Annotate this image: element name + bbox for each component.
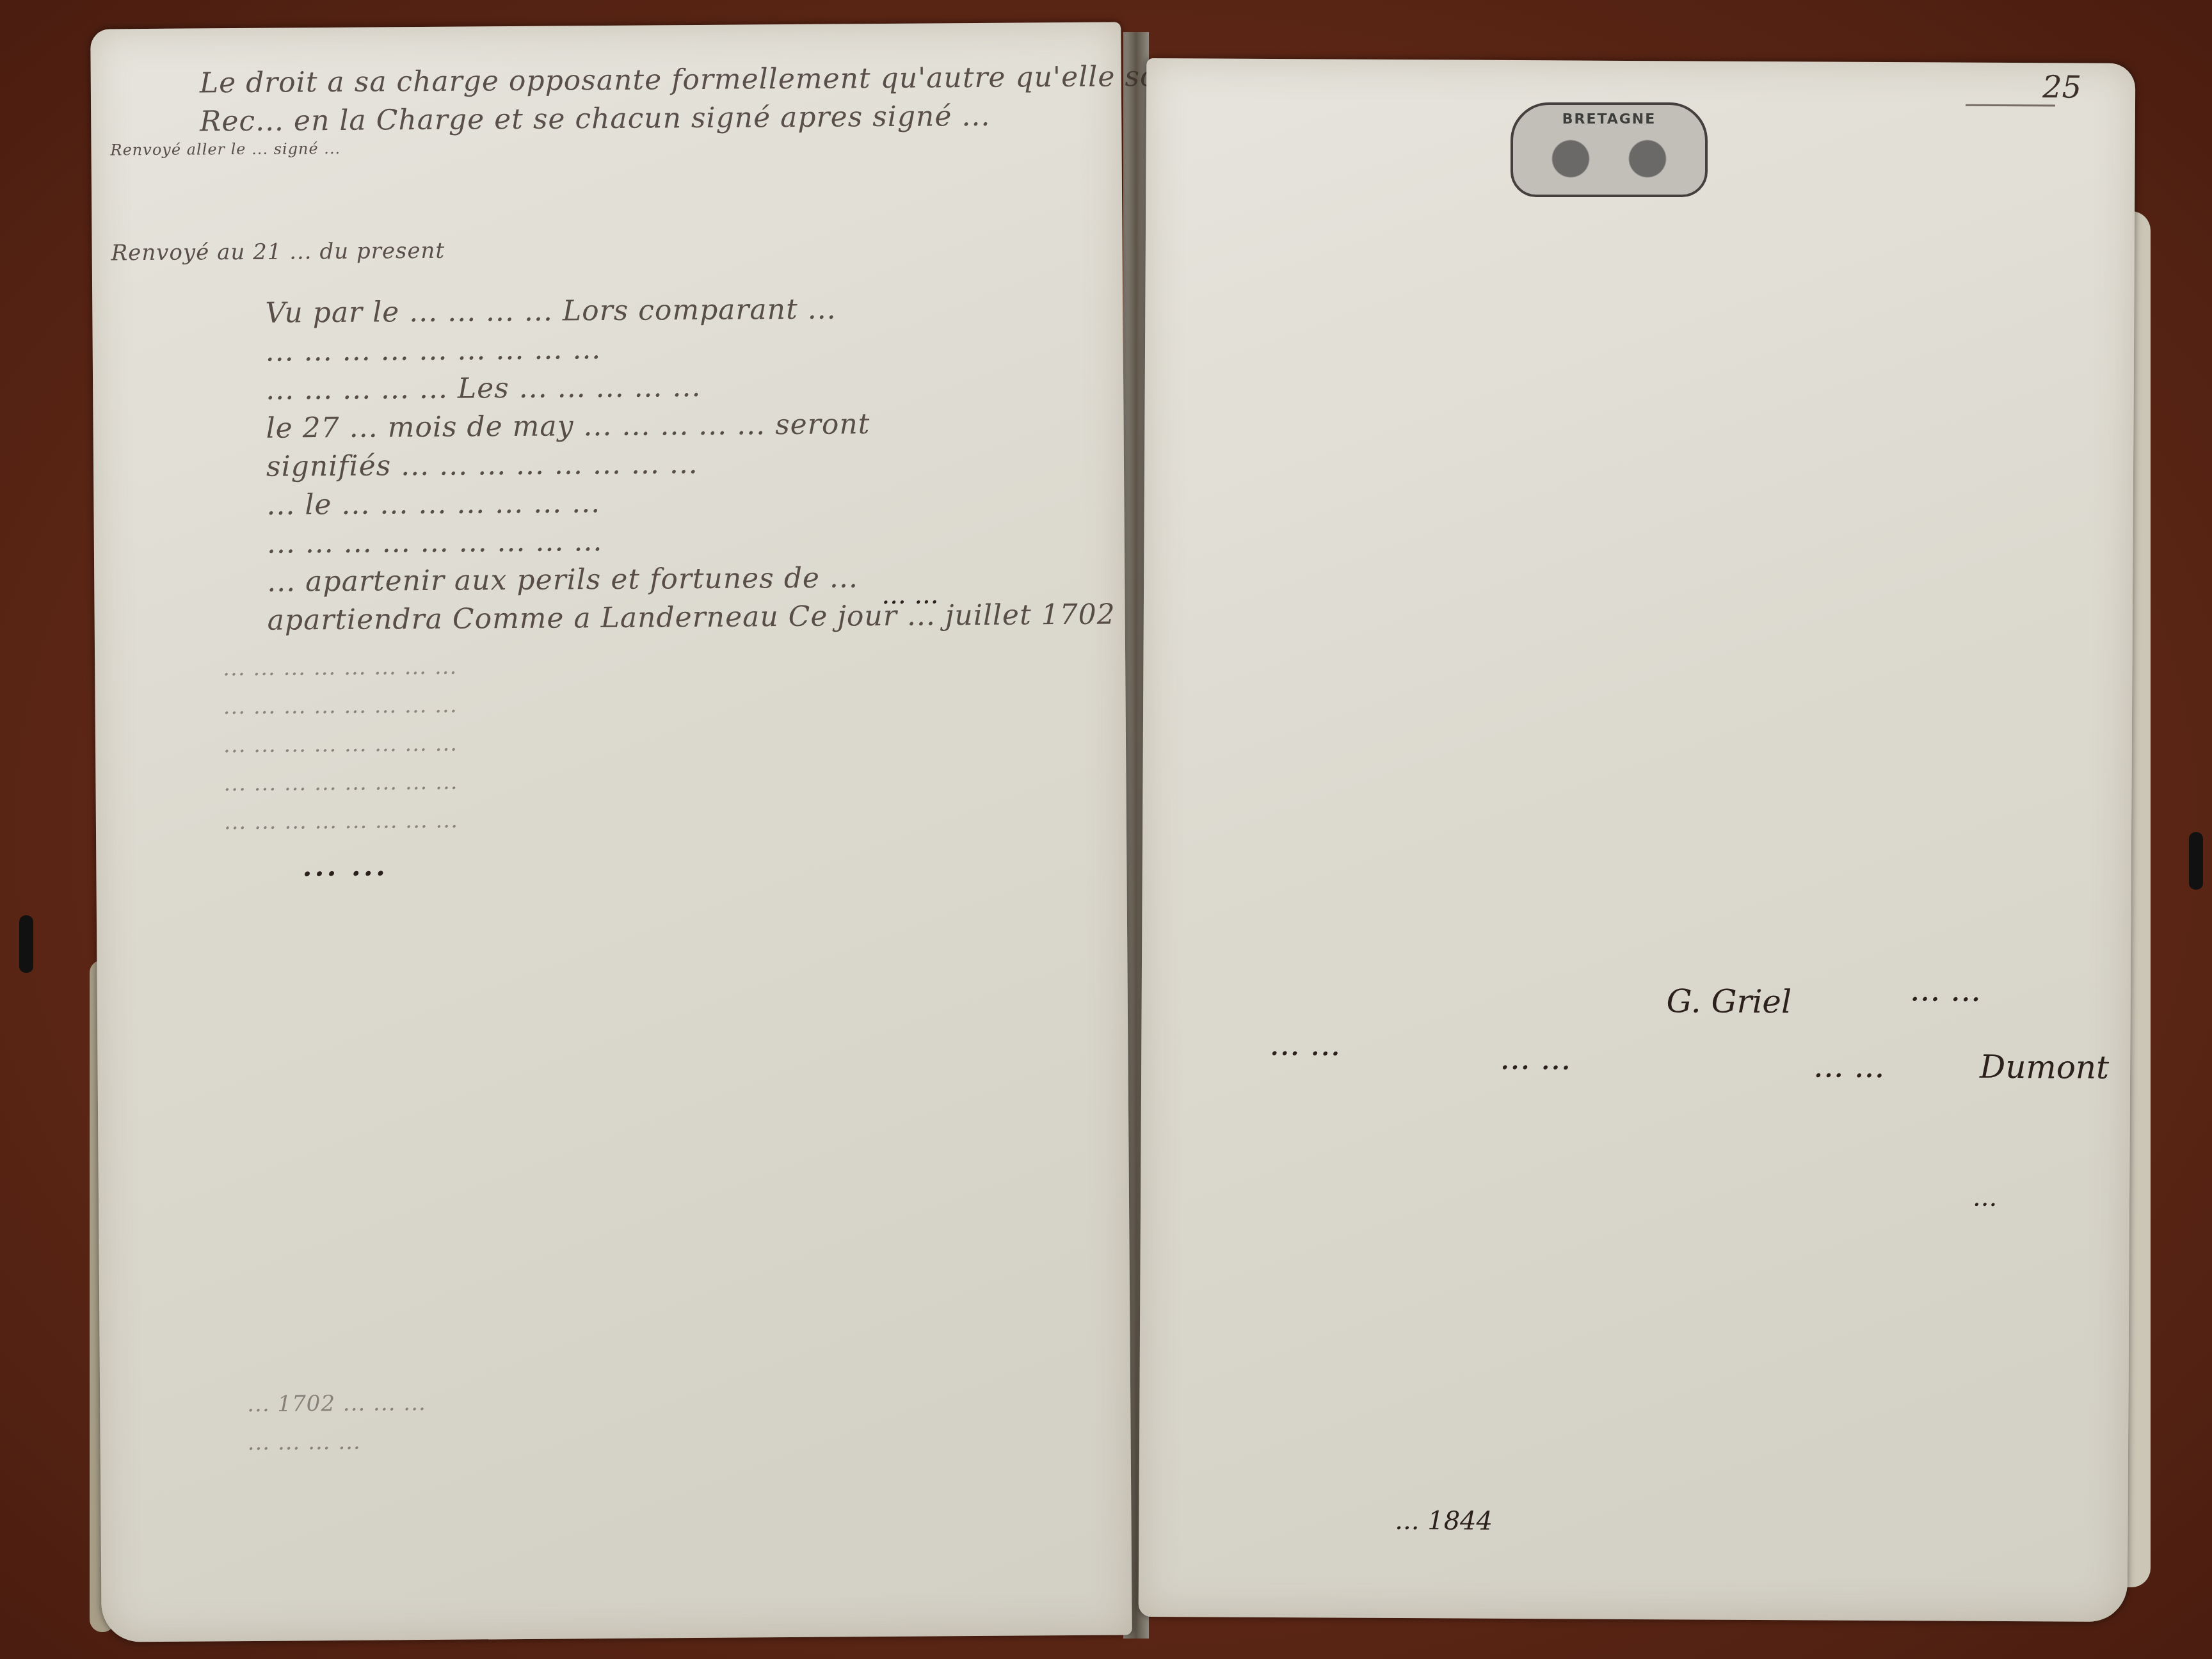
header-line-1: Le droit a sa charge opposante formellem… xyxy=(200,60,1180,100)
signature: ... ... xyxy=(1500,1039,1571,1077)
body-line-5: signifiés ... ... ... ... ... ... ... ..… xyxy=(266,447,698,483)
signature: ... ... xyxy=(881,580,938,610)
body-line-6: ... le ... ... ... ... ... ... ... xyxy=(266,486,600,522)
left-page: Le droit a sa charge opposante formellem… xyxy=(90,22,1132,1642)
signature: G. Griel xyxy=(1667,982,1792,1020)
folio-underline xyxy=(1966,104,2055,107)
lower-line-2: ... ... ... ... ... ... ... ... xyxy=(223,693,457,720)
folio-number: 25 xyxy=(2042,69,2081,105)
signature: ... ... xyxy=(1910,971,1982,1009)
body-line-4: le 27 ... mois de may ... ... ... ... ..… xyxy=(266,408,870,445)
tax-stamp: BRETAGNE xyxy=(1511,102,1708,197)
signature: Dumont xyxy=(1980,1048,2109,1086)
signature: ... xyxy=(1973,1183,1997,1212)
body-line-7: ... ... ... ... ... ... ... ... ... xyxy=(267,525,603,560)
body-line-2: ... ... ... ... ... ... ... ... ... xyxy=(266,333,602,368)
bottom-note-1: ... 1702 ... ... ... xyxy=(247,1390,426,1417)
binder-clip-left xyxy=(19,915,33,973)
body-line-1: Vu par le ... ... ... ... Lors comparant… xyxy=(265,293,837,330)
body-line-8: ... apartenir aux perils et fortunes de … xyxy=(267,561,858,598)
signature: ... ... xyxy=(1269,1025,1341,1063)
binder-clip-right xyxy=(2189,832,2203,890)
margin-note: Renvoyé au 21 ... du present xyxy=(111,238,445,266)
lower-line-5: ... ... ... ... ... ... ... ... xyxy=(224,808,458,835)
body-line-3: ... ... ... ... ... Les ... ... ... ... … xyxy=(266,371,701,406)
lower-line-1: ... ... ... ... ... ... ... ... xyxy=(223,654,457,682)
signature: ... 1844 xyxy=(1395,1506,1493,1536)
bottom-note-2: ... ... ... ... xyxy=(248,1429,361,1455)
stamp-text: BRETAGNE xyxy=(1513,111,1705,127)
header-line-2: Rec... en la Charge et se chacun signé a… xyxy=(200,100,990,138)
body-line-9: apartiendra Comme a Landerneau Ce jour .… xyxy=(267,598,1115,636)
signature: ... ... xyxy=(1813,1047,1885,1085)
signature: ... ... xyxy=(301,840,387,885)
right-page: 25 ... ... ... ... G. Griel ... ... ... … xyxy=(1139,58,2136,1622)
lower-line-4: ... ... ... ... ... ... ... ... xyxy=(223,769,458,797)
header-line-3: Renvoyé aller le ... signé ... xyxy=(110,140,341,159)
lower-line-3: ... ... ... ... ... ... ... ... xyxy=(223,731,458,758)
